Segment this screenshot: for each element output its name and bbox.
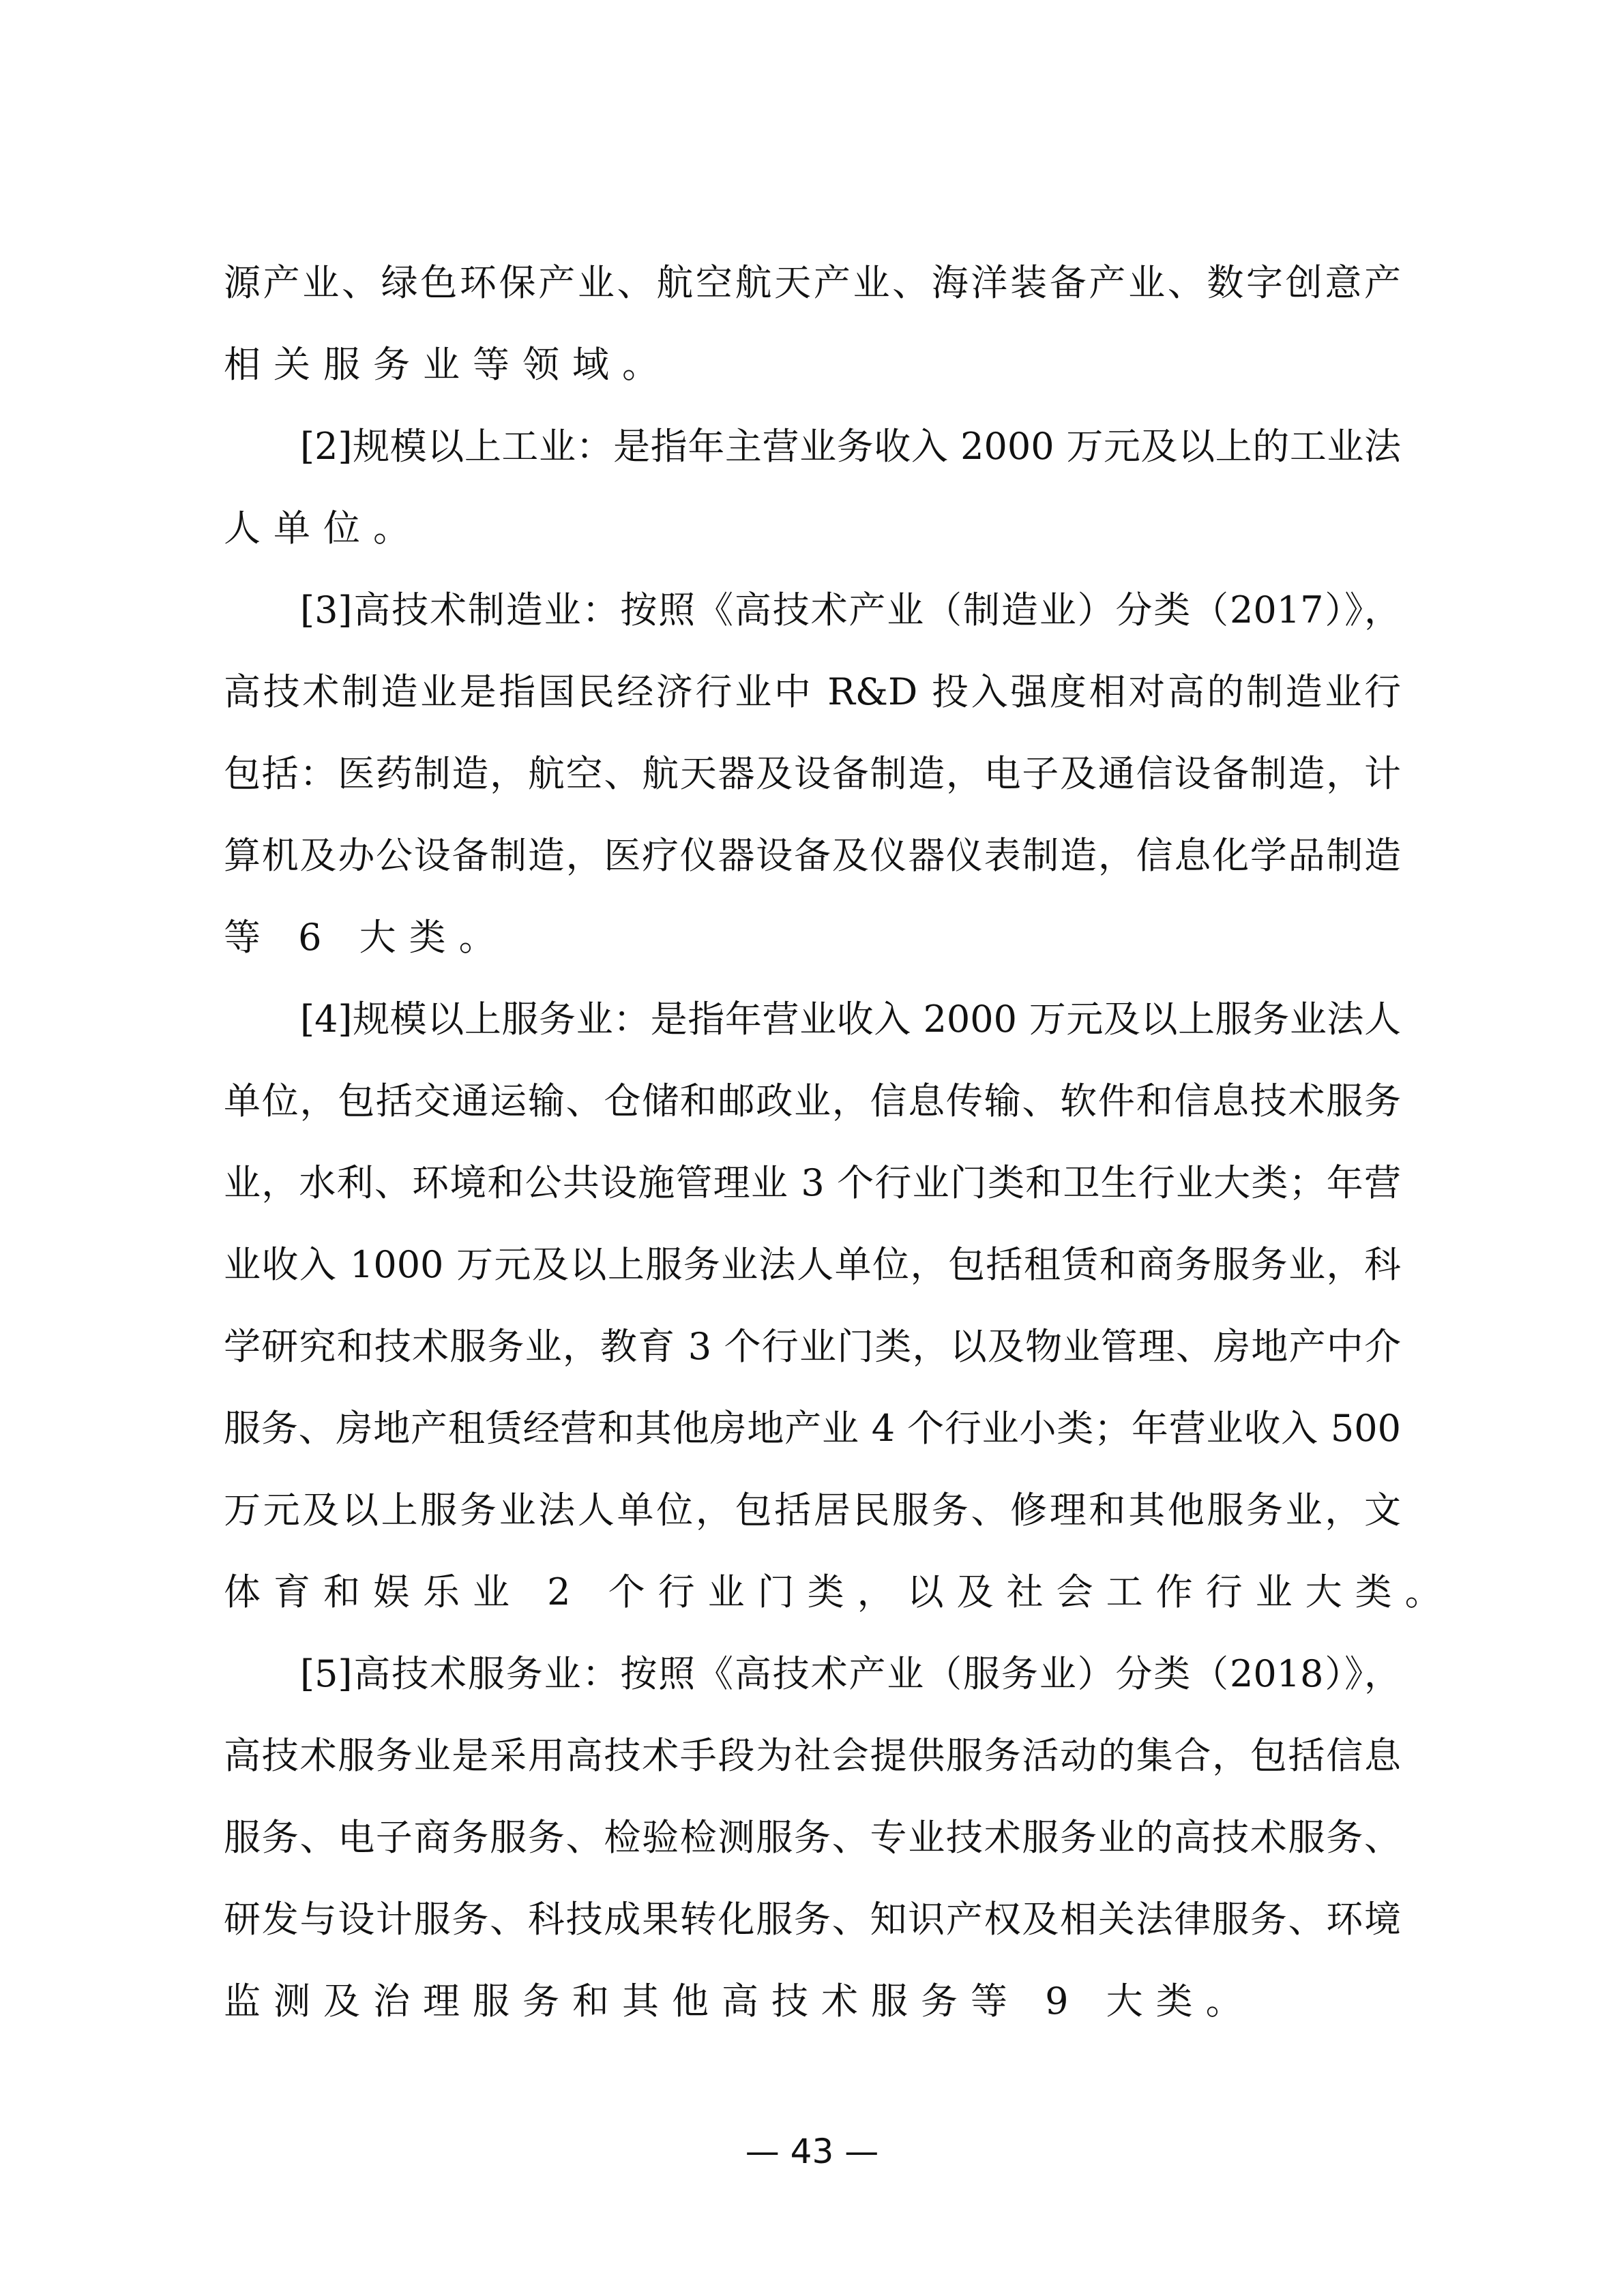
footnote-5-line: 研发与设计服务、科技成果转化服务、知识产权及相关法律服务、环境 (224, 1879, 1401, 1960)
footnote-3-line: [3]高技术制造业：按照《高技术产业（制造业）分类（2017）》， (224, 569, 1401, 651)
footnote-3-line: 等 6 大类。 (224, 897, 1401, 979)
footnote-3-line: 高技术制造业是指国民经济行业中 R&D 投入强度相对高的制造业行业， (224, 651, 1401, 733)
footnote-4-line: 服务、房地产租赁经营和其他房地产业 4 个行业小类；年营业收入 500 (224, 1388, 1401, 1470)
footnote-4-line: 学研究和技术服务业，教育 3 个行业门类，以及物业管理、房地产中介 (224, 1306, 1401, 1388)
footnote-4-line: 体育和娱乐业 2 个行业门类，以及社会工作行业大类。 (224, 1551, 1401, 1633)
footnote-4-line: 万元及以上服务业法人单位，包括居民服务、修理和其他服务业，文化、 (224, 1470, 1401, 1551)
text-line: 相关服务业等领域。 (224, 324, 1401, 406)
footnote-5-line: [5]高技术服务业：按照《高技术产业（服务业）分类（2018）》， (224, 1633, 1401, 1715)
footnote-4-line: 业收入 1000 万元及以上服务业法人单位，包括租赁和商务服务业，科 (224, 1224, 1401, 1306)
footnote-4-line: 单位，包括交通运输、仓储和邮政业，信息传输、软件和信息技术服务 (224, 1060, 1401, 1142)
footnote-2-line: 人单位。 (224, 488, 1401, 569)
body-text: 源产业、绿色环保产业、航空航天产业、海洋装备产业、数字创意产业、 相关服务业等领… (224, 242, 1401, 2042)
text-line: 源产业、绿色环保产业、航空航天产业、海洋装备产业、数字创意产业、 (224, 242, 1401, 324)
footnote-3-line: 算机及办公设备制造，医疗仪器设备及仪器仪表制造，信息化学品制造 (224, 815, 1401, 897)
footnote-4-line: 业，水利、环境和公共设施管理业 3 个行业门类和卫生行业大类；年营 (224, 1142, 1401, 1224)
footnote-5-line: 监测及治理服务和其他高技术服务等 9 大类。 (224, 1960, 1401, 2042)
footnote-5-line: 服务、电子商务服务、检验检测服务、专业技术服务业的高技术服务、 (224, 1797, 1401, 1879)
footnote-3-line: 包括：医药制造，航空、航天器及设备制造，电子及通信设备制造，计 (224, 733, 1401, 815)
footnote-4-line: [4]规模以上服务业：是指年营业收入 2000 万元及以上服务业法人 (224, 979, 1401, 1060)
document-page: 源产业、绿色环保产业、航空航天产业、海洋装备产业、数字创意产业、 相关服务业等领… (0, 0, 1624, 2296)
footnote-5-line: 高技术服务业是采用高技术手段为社会提供服务活动的集合，包括信息 (224, 1715, 1401, 1797)
footnote-2-line: [2]规模以上工业：是指年主营业务收入 2000 万元及以上的工业法 (224, 406, 1401, 488)
page-number: — 43 — (0, 2128, 1624, 2175)
